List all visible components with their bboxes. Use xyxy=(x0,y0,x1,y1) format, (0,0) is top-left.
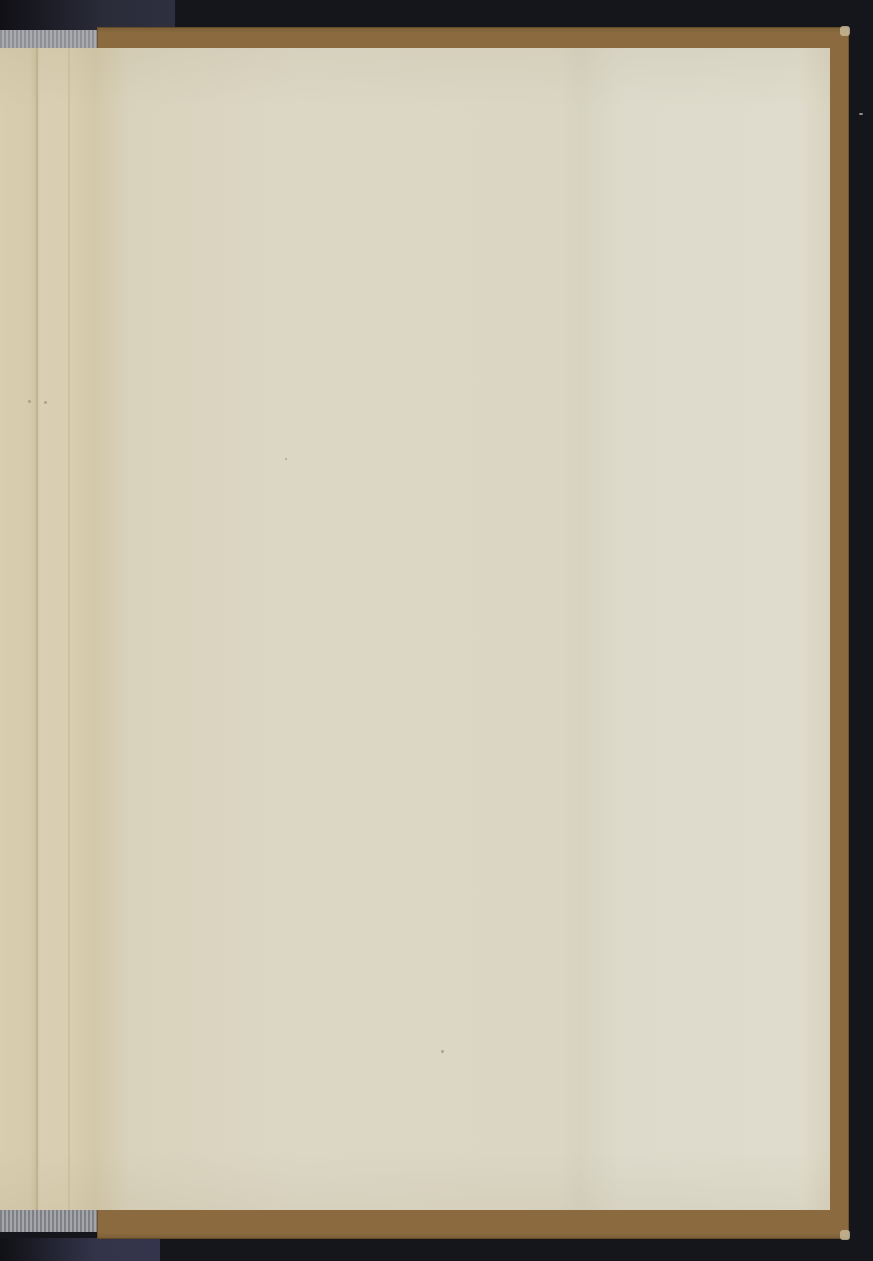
cloth-spine-top xyxy=(0,30,97,50)
debris-mark xyxy=(859,113,863,115)
board-corner-scuff xyxy=(840,26,850,36)
board-corner-scuff xyxy=(840,1230,850,1240)
gutter-hinge-line xyxy=(68,48,70,1210)
gutter-fold-line xyxy=(36,48,38,1210)
paper-speck xyxy=(28,400,31,403)
background-dark-top-left xyxy=(0,0,175,30)
paper-speck xyxy=(44,401,47,404)
paper-speck xyxy=(285,458,287,460)
paper-speck xyxy=(441,1050,444,1053)
background-dark-bottom-left xyxy=(0,1238,160,1261)
blank-endpaper-page xyxy=(0,48,830,1210)
cloth-spine-bottom xyxy=(0,1208,97,1232)
